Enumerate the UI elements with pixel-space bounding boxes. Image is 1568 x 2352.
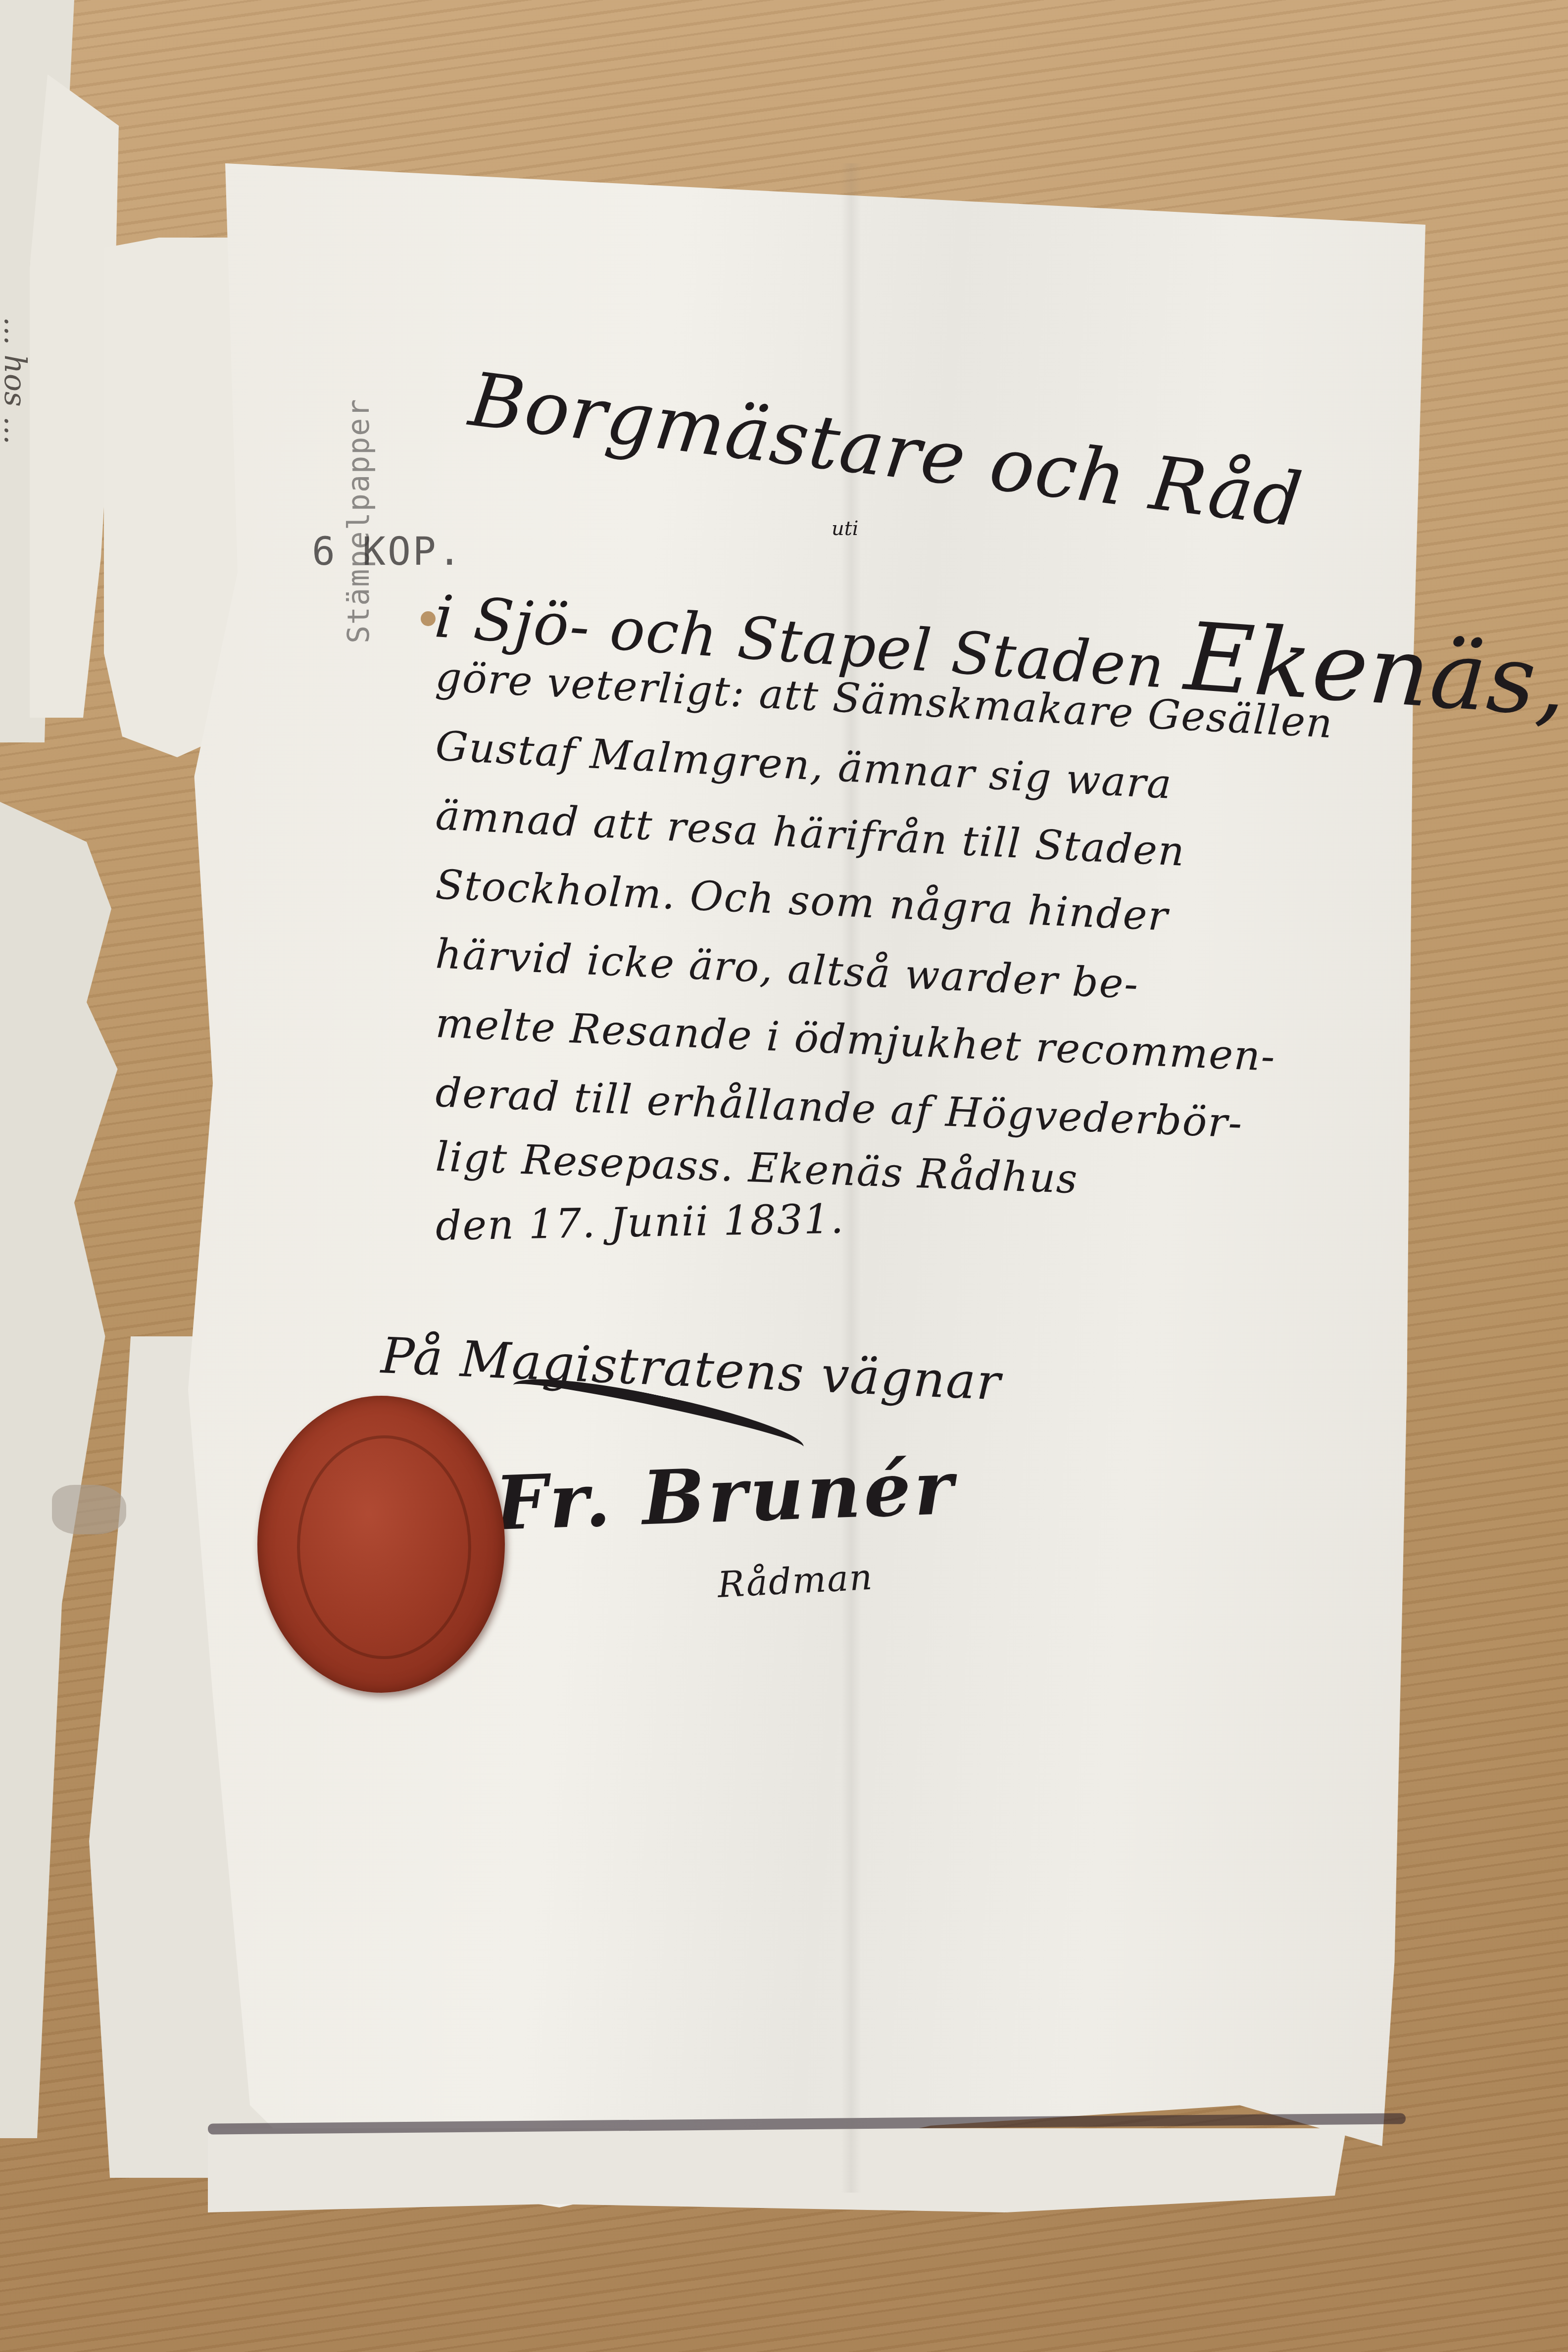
signature: Fr. Brunér xyxy=(493,1444,958,1547)
superscript-uti: uti xyxy=(832,517,859,540)
stamp-paper-mark: Stämpelpapper xyxy=(342,398,376,643)
torn-patch xyxy=(52,1485,126,1534)
seal-emblem xyxy=(297,1435,471,1659)
signatory-title: Rådman xyxy=(717,1556,874,1606)
side-paper-text: ... hos ... xyxy=(0,317,40,444)
wax-seal xyxy=(257,1396,505,1693)
folded-bottom-edge xyxy=(208,2128,1346,2212)
ink-stain xyxy=(421,611,436,626)
date-line: den 17. Junii 1831. xyxy=(435,1196,845,1250)
